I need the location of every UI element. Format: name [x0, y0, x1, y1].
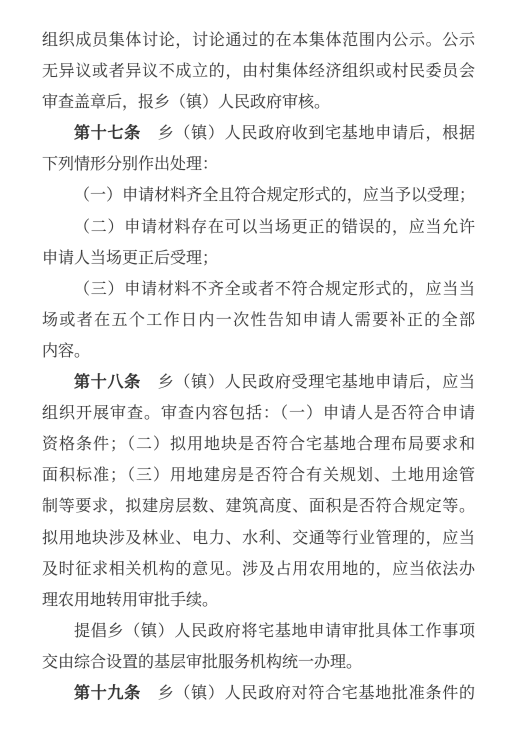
- text-line: 内容。: [42, 336, 475, 367]
- text-line: 无异议或者异议不成立的，由村集体经济组织或村民委员会: [42, 56, 475, 87]
- text-segment: 场或者在五个工作日内一次性告知申请人需要补正的全部: [42, 312, 475, 329]
- text-line: 制等要求，拟建房层数、建筑高度、面积是否符合规定等。: [42, 491, 475, 522]
- text-segment: 交由综合设置的基层审批服务机构统一办理。: [42, 654, 362, 671]
- text-segment: 制等要求，拟建房层数、建筑高度、面积是否符合规定等。: [42, 498, 475, 515]
- text-segment: 乡（镇）人民政府收到宅基地申请后，根据: [141, 125, 475, 142]
- text-line: 提倡乡（镇）人民政府将宅基地申请审批具体工作事项: [42, 616, 475, 647]
- text-line: 组织成员集体讨论，讨论通过的在本集体范围内公示。公示: [42, 25, 475, 56]
- text-segment: 拟用地块涉及林业、电力、水利、交通等行业管理的，应当: [42, 530, 475, 547]
- text-segment: （一）申请材料齐全且符合规定形式的，应当予以受理；: [74, 187, 475, 204]
- article-number: 第十九条: [74, 685, 141, 702]
- text-line: 拟用地块涉及林业、电力、水利、交通等行业管理的，应当: [42, 523, 475, 554]
- text-line: 交由综合设置的基层审批服务机构统一办理。: [42, 647, 475, 678]
- text-line: （二）申请材料存在可以当场更正的错误的，应当允许: [42, 212, 475, 243]
- text-segment: 提倡乡（镇）人民政府将宅基地申请审批具体工作事项: [74, 623, 475, 640]
- text-segment: 乡（镇）人民政府对符合宅基地批准条件的: [141, 685, 475, 702]
- text-line: （一）申请材料齐全且符合规定形式的，应当予以受理；: [42, 180, 475, 211]
- text-segment: 下列情形分别作出处理：: [42, 156, 218, 173]
- text-segment: 组织开展审查。审查内容包括：（一）申请人是否符合申请: [42, 405, 475, 422]
- text-segment: 申请人当场更正后受理；: [42, 250, 218, 267]
- text-line: 申请人当场更正后受理；: [42, 243, 475, 274]
- text-line: 场或者在五个工作日内一次性告知申请人需要补正的全部: [42, 305, 475, 336]
- text-segment: （三）申请材料不齐全或者不符合规定形式的，应当当: [74, 281, 475, 298]
- text-line: 第十九条 乡（镇）人民政府对符合宅基地批准条件的: [42, 678, 475, 709]
- text-line: 下列情形分别作出处理：: [42, 149, 475, 180]
- text-line: 面积标准；（三）用地建房是否符合有关规划、土地用途管: [42, 460, 475, 491]
- text-segment: 理农用地转用审批手续。: [42, 592, 218, 609]
- text-line: 审查盖章后，报乡（镇）人民政府审核。: [42, 87, 475, 118]
- text-segment: 组织成员集体讨论，讨论通过的在本集体范围内公示。公示: [42, 32, 475, 49]
- document-page: 组织成员集体讨论，讨论通过的在本集体范围内公示。公示无异议或者异议不成立的，由村…: [0, 0, 515, 736]
- text-line: 资格条件；（二）拟用地块是否符合宅基地合理布局要求和: [42, 429, 475, 460]
- text-line: 组织开展审查。审查内容包括：（一）申请人是否符合申请: [42, 398, 475, 429]
- text-segment: 无异议或者异议不成立的，由村集体经济组织或村民委员会: [42, 63, 475, 80]
- text-segment: 乡（镇）人民政府受理宅基地申请后，应当: [141, 374, 475, 391]
- text-line: 第十七条 乡（镇）人民政府收到宅基地申请后，根据: [42, 118, 475, 149]
- text-segment: 及时征求相关机构的意见。涉及占用农用地的，应当依法办: [42, 561, 475, 578]
- text-line: （三）申请材料不齐全或者不符合规定形式的，应当当: [42, 274, 475, 305]
- text-line: 第十八条 乡（镇）人民政府受理宅基地申请后，应当: [42, 367, 475, 398]
- article-number: 第十八条: [74, 374, 141, 391]
- text-segment: 审查盖章后，报乡（镇）人民政府审核。: [42, 94, 330, 111]
- text-segment: 内容。: [42, 343, 90, 360]
- text-segment: 面积标准；（三）用地建房是否符合有关规划、土地用途管: [42, 467, 475, 484]
- text-segment: （二）申请材料存在可以当场更正的错误的，应当允许: [74, 219, 475, 236]
- text-segment: 资格条件；（二）拟用地块是否符合宅基地合理布局要求和: [42, 436, 475, 453]
- text-line: 理农用地转用审批手续。: [42, 585, 475, 616]
- text-line: 及时征求相关机构的意见。涉及占用农用地的，应当依法办: [42, 554, 475, 585]
- article-number: 第十七条: [74, 125, 141, 142]
- text-block: 组织成员集体讨论，讨论通过的在本集体范围内公示。公示无异议或者异议不成立的，由村…: [42, 25, 475, 709]
